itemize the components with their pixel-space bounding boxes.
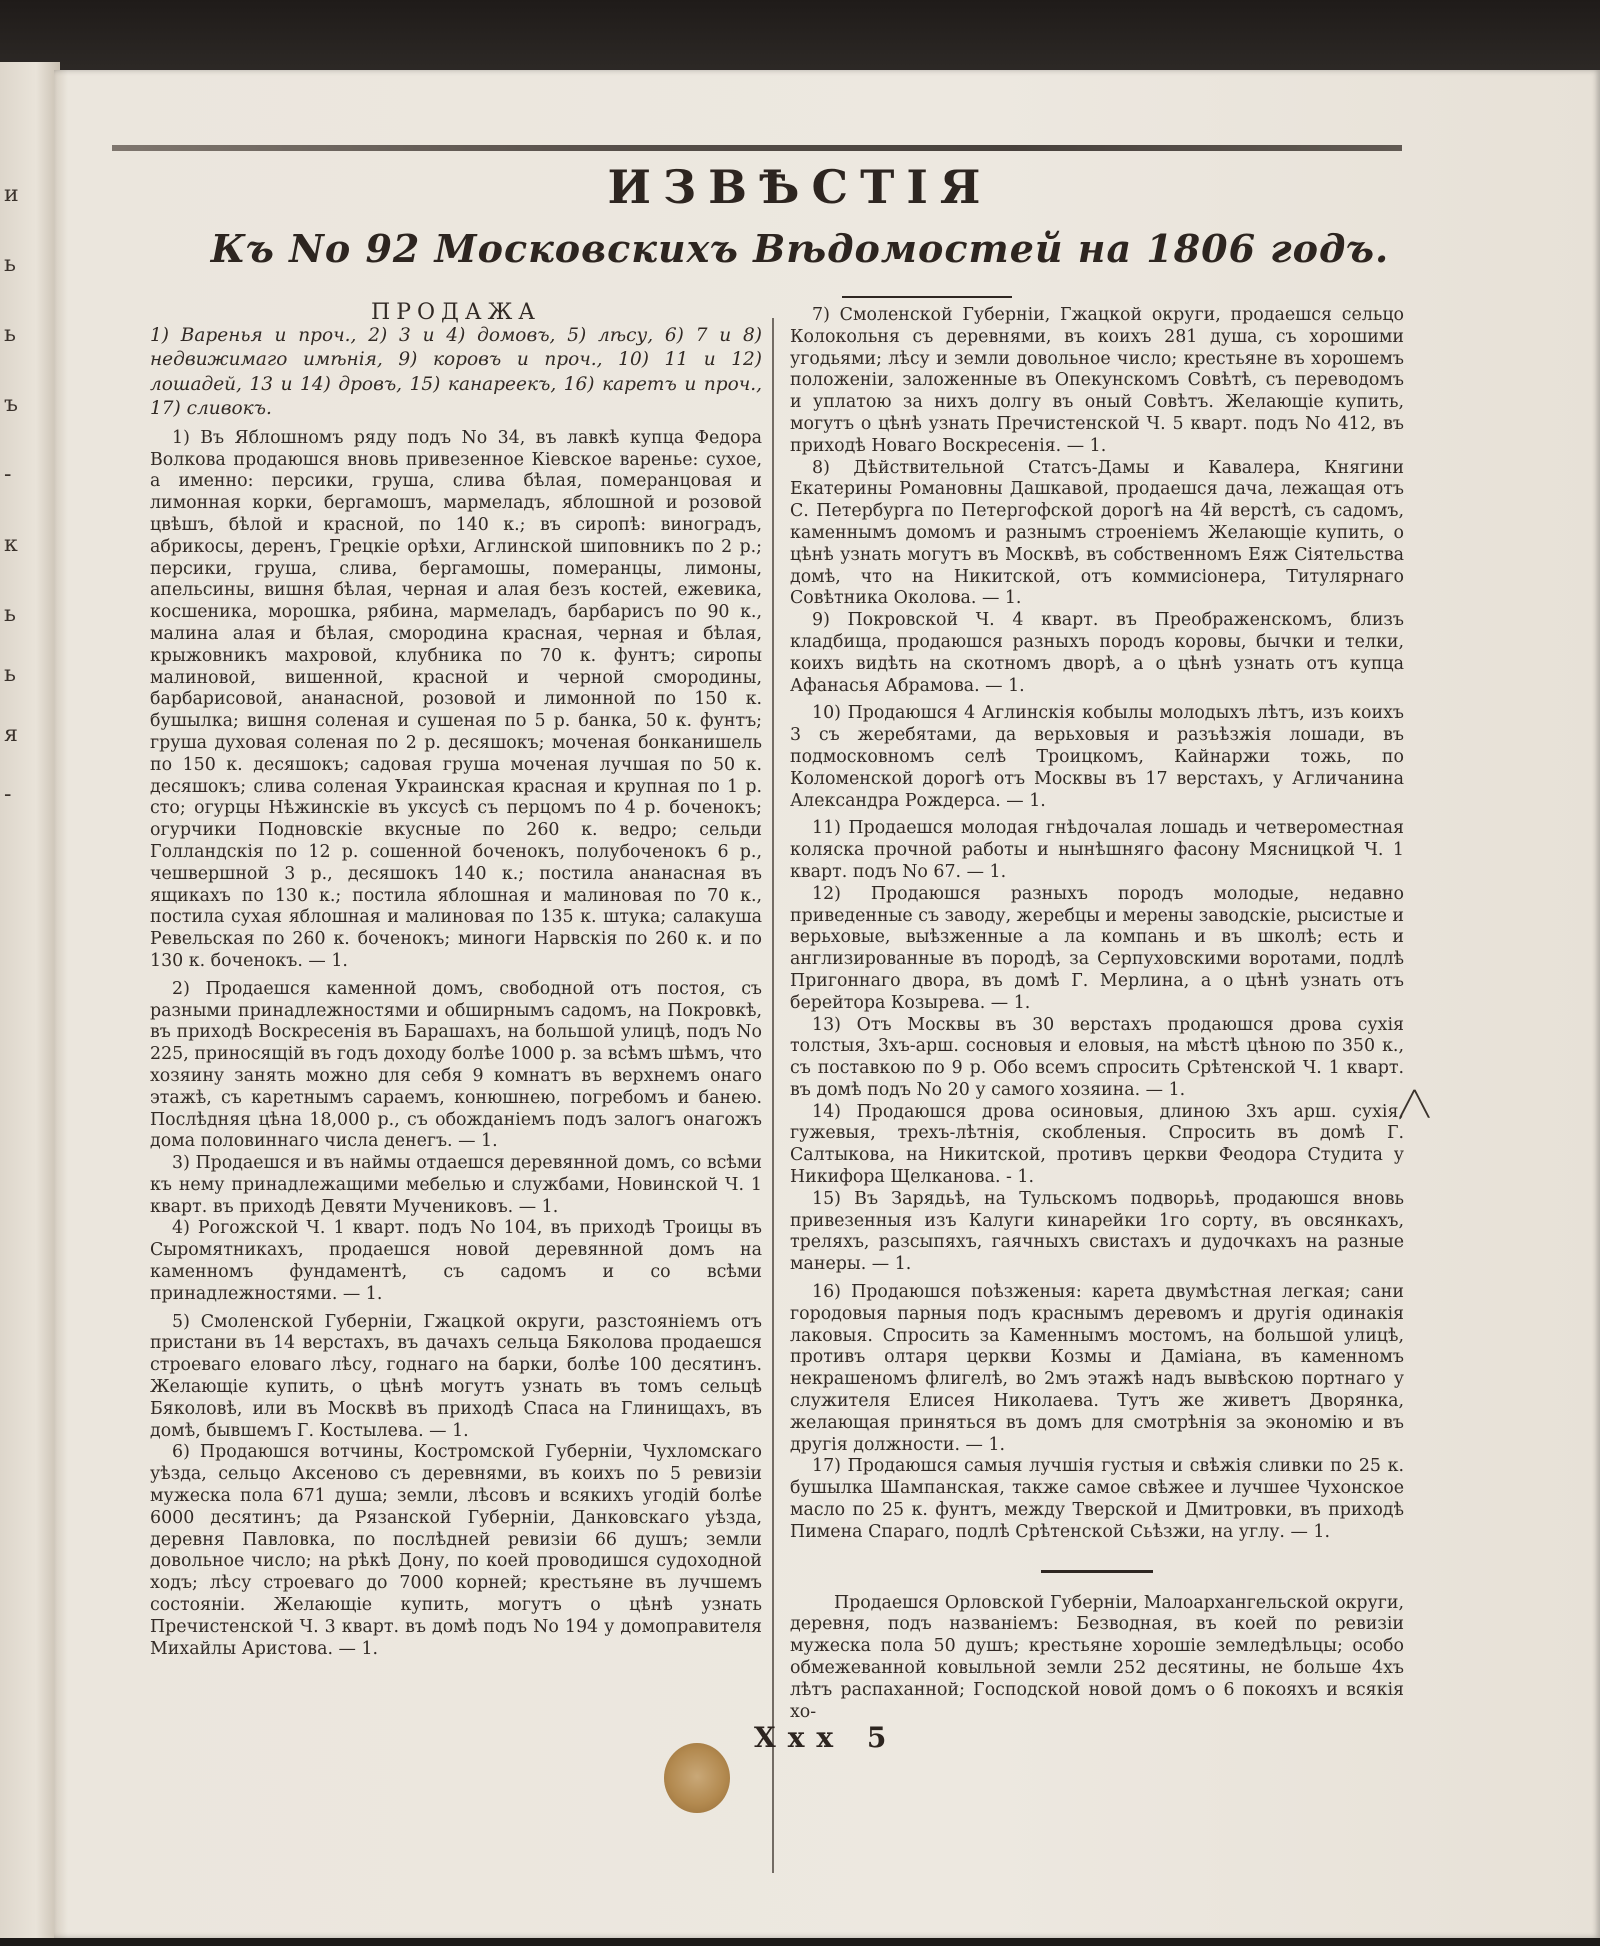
- margin-fragment: к: [4, 532, 18, 557]
- advert-item: 13) Отъ Москвы въ 30 верстахъ продаюшся …: [790, 1015, 1404, 1102]
- margin-fragment: ь: [4, 322, 16, 347]
- advert-item: 12) Продаюшся разныхъ породъ молодые, не…: [790, 884, 1404, 1015]
- header-rule: [112, 145, 1402, 151]
- left-column: ПРОДАЖА 1) Варенья и проч., 2) 3 и 4) до…: [150, 302, 762, 1660]
- scan-background-bottom: [0, 1938, 1600, 1946]
- margin-fragment: я: [4, 722, 18, 747]
- column-divider: [772, 318, 774, 1873]
- advert-item: 7) Смоленской Губерніи, Гжацкой округи, …: [790, 305, 1404, 458]
- advert-item: 10) Продаюшся 4 Аглинскія кобылы молодых…: [790, 703, 1404, 812]
- advert-item: 4) Рогожской Ч. 1 кварт. подъ No 104, въ…: [150, 1218, 762, 1305]
- margin-annotation-mark: ╱╲: [1400, 1090, 1429, 1118]
- advert-item: 9) Покровской Ч. 4 кварт. въ Преображенс…: [790, 610, 1404, 697]
- facing-page-edge: и ь ь ъ - к ь ь я -: [0, 62, 60, 1938]
- subtitle-rule: [842, 296, 1012, 298]
- advert-item: 8) Дѣйствительной Статсъ-Дамы и Кавалера…: [790, 458, 1404, 611]
- advert-item: 6) Продаюшся вотчины, Костромской Губерн…: [150, 1442, 762, 1660]
- margin-fragment: ь: [4, 662, 16, 687]
- margin-fragment: ь: [4, 602, 16, 627]
- advert-item-continued: Продаешся Орловской Губерніи, Малоарханг…: [790, 1593, 1404, 1724]
- advert-item: 3) Продаешся и въ наймы отдаешся деревян…: [150, 1153, 762, 1218]
- scan-background-top: [0, 0, 1600, 78]
- advert-item: 5) Смоленской Губерніи, Гжацкой округи, …: [150, 1312, 762, 1443]
- advert-item: 14) Продаюшся дрова осиновыя, длиною 3хъ…: [790, 1102, 1404, 1189]
- separator-rule: [1041, 1570, 1153, 1573]
- advert-item: 15) Въ Зарядьѣ, на Тульскомъ подворьѣ, п…: [790, 1189, 1404, 1276]
- advert-item: 17) Продаюшся самыя лучшія густыя и свѣж…: [790, 1456, 1404, 1543]
- section-title: ПРОДАЖА: [150, 302, 762, 324]
- paper-stain: [664, 1743, 730, 1813]
- page-signature: Xxx 5: [754, 1721, 898, 1754]
- margin-fragment: -: [4, 782, 11, 807]
- margin-fragment: -: [4, 462, 11, 487]
- right-column: 7) Смоленской Губерніи, Гжацкой округи, …: [790, 305, 1404, 1723]
- page-title: ИЗВѢСТІЯ: [0, 160, 1600, 214]
- section-contents: 1) Варенья и проч., 2) 3 и 4) домовъ, 5)…: [150, 324, 762, 422]
- page-subtitle: Къ No 92 Московскихъ Вѣдомостей на 1806 …: [0, 226, 1600, 271]
- advert-item: 16) Продаюшся поѣзженыя: карета двумѣстн…: [790, 1282, 1404, 1456]
- advert-item: 11) Продаешся молодая гнѣдочалая лошадь …: [790, 818, 1404, 883]
- advert-item: 2) Продаешся каменной домъ, свободной от…: [150, 979, 762, 1153]
- advert-item: 1) Въ Яблошномъ ряду подъ No 34, въ лавк…: [150, 428, 762, 973]
- margin-fragment: ъ: [4, 392, 18, 417]
